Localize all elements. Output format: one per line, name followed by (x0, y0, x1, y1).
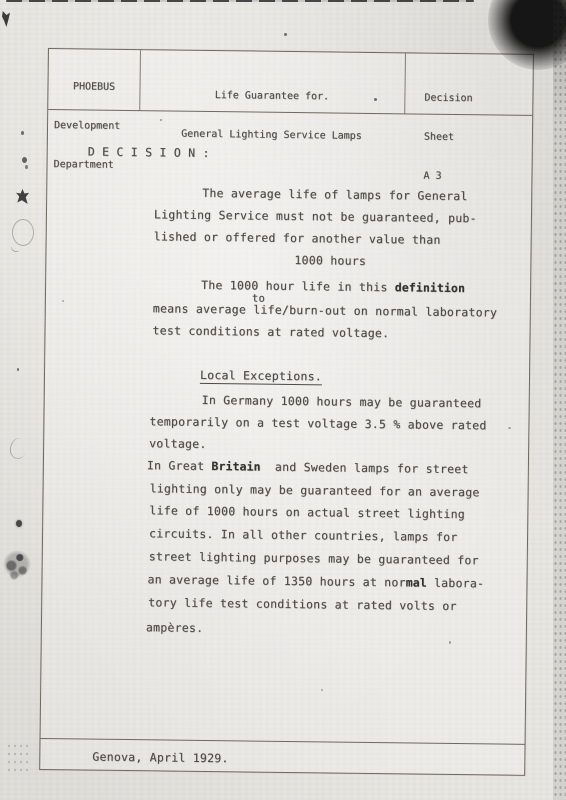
typewritten-line: street lighting purposes may be guarante… (149, 550, 479, 567)
typewritten-line: The 1000 hour life in this definition (201, 279, 465, 295)
text-segment: D E C I S I O N : (88, 144, 210, 159)
typewritten-line: life of 1000 hours on actual street ligh… (149, 504, 465, 521)
typewritten-line: Lighting Service must not be guaranteed,… (154, 208, 477, 225)
bold-inserted-text: mal (406, 575, 427, 589)
typewritten-line: lighting only may be guaranteed for an a… (150, 482, 480, 499)
typewritten-line: test conditions at rated voltage. (152, 324, 389, 340)
bold-inserted-text: definition (395, 280, 465, 295)
text-segment: tory life test conditions at rated volts… (148, 595, 457, 613)
typewritten-line: The average life of lamps for General (202, 187, 468, 203)
typewritten-line: voltage. (149, 437, 207, 451)
typewritten-line: ampères. (146, 621, 204, 635)
text-segment: street lighting purposes may be guarante… (149, 549, 479, 567)
text-segment: 1000 hours (294, 253, 366, 268)
typewritten-line: an average life of 1350 hours at normal … (147, 573, 484, 590)
typewritten-line: means average life/burn-out on normal la… (153, 302, 497, 319)
text-segment: The 1000 hour life in this (201, 278, 395, 294)
footer-band: Genova, April 1929. (40, 738, 524, 775)
typewritten-line: Local Exceptions. (200, 369, 322, 385)
scanned-document: { "colors":{ "paper":"#e8e6e1", "ink":"#… (0, 0, 566, 800)
scanned-document-page: PHOEBUS Development Department Life Guar… (39, 48, 534, 776)
footer-date: Genova, April 1929. (92, 751, 228, 766)
typewritten-line: In Germany 1000 hours may be guaranteed (202, 394, 482, 410)
typewritten-line: In Great Britain and Sweden lamps for st… (147, 459, 469, 476)
text-segment: life of 1000 hours on actual street ligh… (149, 503, 465, 521)
text-segment: In Germany 1000 hours may be guaranteed (202, 393, 482, 410)
text-segment: and Sweden lamps for street (261, 460, 469, 477)
typewritten-line: 1000 hours (294, 254, 366, 268)
text-segment: lished or offered for another value than (154, 229, 441, 247)
text-segment: an average life of 1350 hours at nor (147, 572, 405, 589)
text-segment: Local Exceptions. (200, 368, 322, 383)
text-segment: voltage. (149, 436, 207, 451)
text-segment: means average life/burn-out on normal la… (153, 301, 497, 319)
text-segment: ampères. (146, 620, 204, 635)
typewritten-line: tory life test conditions at rated volts… (148, 596, 457, 613)
typewritten-line: circuits. In all other countries, lamps … (149, 527, 458, 544)
text-segment: circuits. In all other countries, lamps … (149, 526, 458, 544)
text-segment: In Great (147, 458, 212, 473)
text-segment: labora- (427, 576, 485, 591)
typewritten-line: temporarily on a test voltage 3.5 % abov… (149, 415, 486, 432)
bold-inserted-text: Britain (211, 459, 260, 474)
text-segment: temporarily on a test voltage 3.5 % abov… (149, 414, 486, 432)
typewritten-line: D E C I S I O N : (88, 145, 210, 159)
text-segment: lighting only may be guaranteed for an a… (150, 481, 480, 499)
page-rotation-wrapper: PHOEBUS Development Department Life Guar… (0, 0, 566, 800)
text-segment: test conditions at rated voltage. (152, 323, 389, 340)
typewritten-line: lished or offered for another value than (154, 230, 441, 247)
text-layer: D E C I S I O N :The average life of lam… (40, 49, 533, 775)
text-segment: Lighting Service must not be guaranteed,… (154, 207, 477, 225)
text-segment: The average life of lamps for General (202, 186, 468, 203)
